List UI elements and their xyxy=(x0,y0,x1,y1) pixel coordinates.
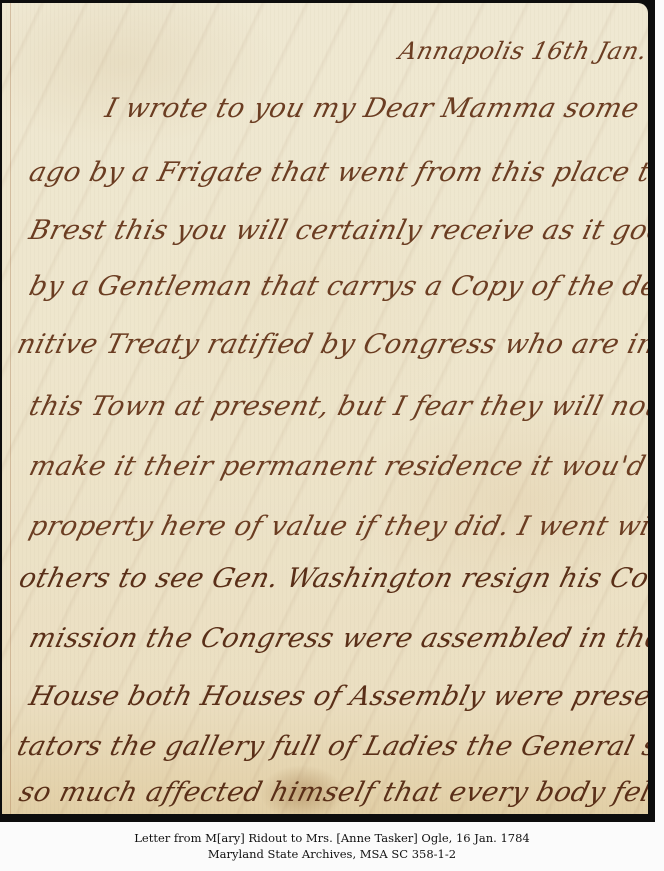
letter-line-11: House both Houses of Assembly were prese… xyxy=(26,681,648,712)
letter-line-13: so much affected himself that every body… xyxy=(16,777,648,808)
letter-line-4: by a Gentleman that carrys a Copy of the… xyxy=(26,271,648,302)
letter-line-3: Brest this you will certainly receive as… xyxy=(26,215,648,246)
caption: Letter from M[ary] Ridout to Mrs. [Anne … xyxy=(0,830,664,862)
scan-frame: Annapolis 16th Jan. 84 I wrote to you my… xyxy=(0,0,655,822)
manuscript-paper: Annapolis 16th Jan. 84 I wrote to you my… xyxy=(2,3,648,814)
letter-line-6: this Town at present, but I fear they wi… xyxy=(26,391,648,422)
letter-line-12: tators the gallery full of Ladies the Ge… xyxy=(14,731,648,762)
letter-line-10: mission the Congress were assembled in t… xyxy=(26,623,648,654)
page: Annapolis 16th Jan. 84 I wrote to you my… xyxy=(0,0,664,871)
letter-dateline: Annapolis 16th Jan. 84 xyxy=(396,37,648,65)
letter-line-7: make it their permanent residence it wou… xyxy=(26,451,648,482)
letter-line-8: property here of value if they did. I we… xyxy=(26,511,648,542)
letter-line-2: ago by a Frigate that went from this pla… xyxy=(26,157,648,188)
letter-line-9: others to see Gen. Washington resign his… xyxy=(16,563,648,594)
letter-line-1: I wrote to you my Dear Mamma some Weeks xyxy=(102,93,648,124)
letter-line-5: nitive Treaty ratified by Congress who a… xyxy=(14,329,648,360)
caption-title: Letter from M[ary] Ridout to Mrs. [Anne … xyxy=(0,830,664,846)
caption-source: Maryland State Archives, MSA SC 358-1-2 xyxy=(0,846,664,862)
